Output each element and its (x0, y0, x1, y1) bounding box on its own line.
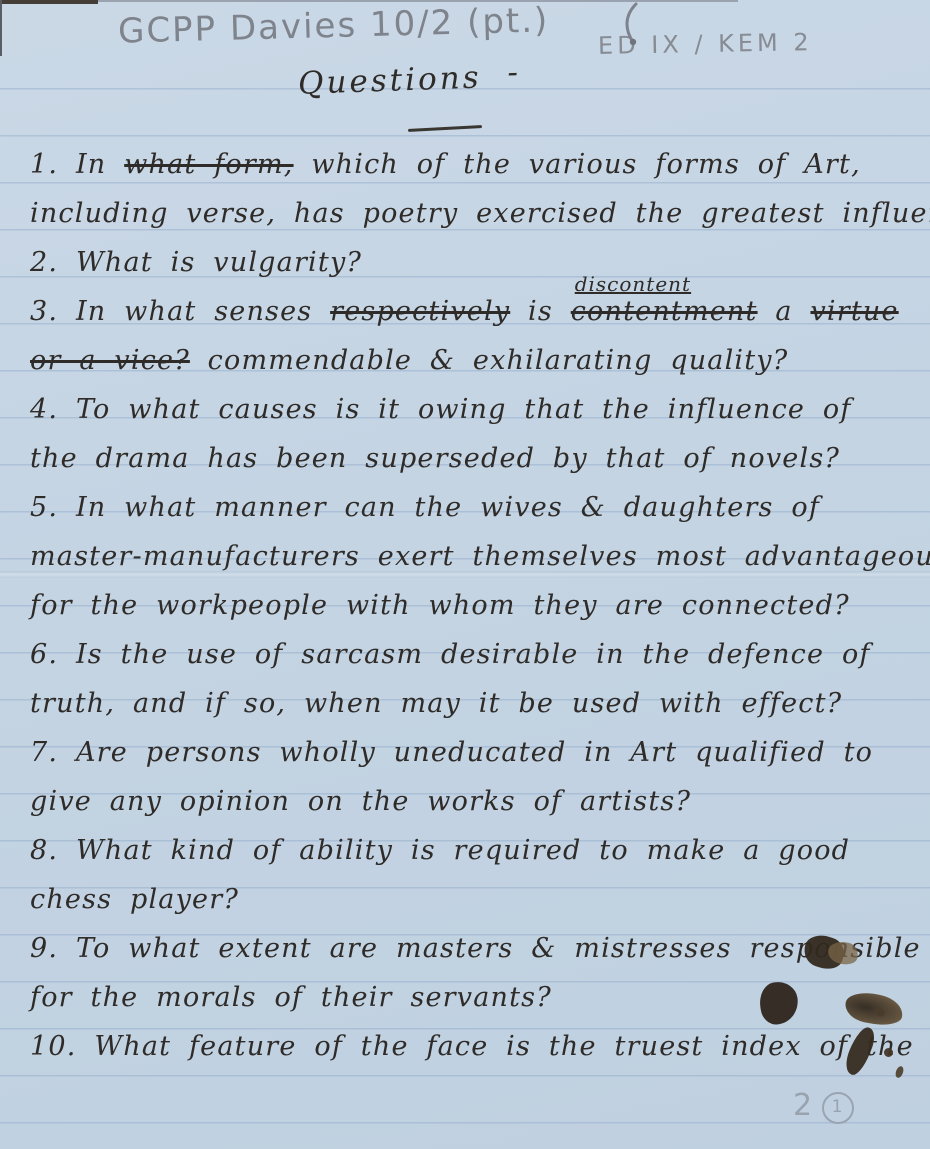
question-line: 7. Are persons wholly uneducated in Art … (30, 728, 930, 777)
question-line: chess player? (30, 875, 930, 924)
question-text: 9. To what extent are masters & mistress… (30, 933, 921, 964)
question-line: 8. What kind of ability is required to m… (30, 826, 930, 875)
archive-reference-note: GCPP Davies 10/2 (pt.) (118, 0, 550, 51)
question-text: 3. In what senses (30, 296, 330, 327)
question-line: 9. To what extent are masters & mistress… (30, 924, 930, 973)
question-line: including verse, has poetry exercised th… (30, 189, 930, 238)
title-trailing-dash: - (507, 54, 522, 90)
question-text: truth, and if so, when may it be used wi… (30, 688, 842, 719)
question-text: master-manufacturers exert themselves mo… (30, 541, 930, 572)
question-text: 7. Are persons wholly uneducated in Art … (30, 737, 873, 768)
interlinear-correction: discontent (575, 274, 691, 294)
scan-edge-left (0, 0, 2, 56)
scan-edge-top (0, 0, 98, 4)
question-text: 1. In (30, 149, 124, 180)
page-number: 2 (793, 1088, 814, 1123)
question-text: a (758, 296, 811, 327)
question-line: 3. In what senses respectively is conten… (30, 287, 930, 336)
question-line: or a vice? commendable & exhilarating qu… (30, 336, 930, 385)
question-line: 1. In what form, which of the various fo… (30, 140, 930, 189)
question-text: which of the various forms of Art, (294, 149, 861, 180)
circled-folio-number: 1 (822, 1092, 854, 1124)
questions-list: 1. In what form, which of the various fo… (30, 140, 930, 1071)
question-text: 8. What kind of ability is required to m… (30, 835, 850, 866)
struck-text: contentmentdiscontent (571, 296, 758, 327)
title-underline-stroke (408, 125, 482, 132)
ink-blot (884, 1048, 893, 1057)
question-text: the drama has been superseded by that of… (30, 443, 840, 474)
question-text: 2. What is vulgarity? (30, 247, 362, 278)
question-line: master-manufacturers exert themselves mo… (30, 532, 930, 581)
question-text: 5. In what manner can the wives & daught… (30, 492, 820, 523)
pencil-mark-icon (612, 2, 648, 48)
question-text: give any opinion on the works of artists… (30, 786, 691, 817)
question-text: commendable & exhilarating quality? (190, 345, 789, 376)
question-line: 6. Is the use of sarcasm desirable in th… (30, 630, 930, 679)
struck-text: what form, (124, 149, 293, 180)
title-text: Questions (297, 59, 482, 101)
struck-text: virtue (810, 296, 898, 327)
question-line: give any opinion on the works of artists… (30, 777, 930, 826)
question-line: the drama has been superseded by that of… (30, 434, 930, 483)
question-text: including verse, has poetry exercised th… (30, 198, 930, 229)
struck-text: or a vice? (30, 345, 190, 376)
question-text: chess player? (30, 884, 239, 915)
question-line: 2. What is vulgarity? (30, 238, 930, 287)
question-line: 5. In what manner can the wives & daught… (30, 483, 930, 532)
question-text: is (510, 296, 570, 327)
question-line: for the workpeople with whom they are co… (30, 581, 930, 630)
question-text: for the workpeople with whom they are co… (30, 590, 850, 621)
document-title: Questions- (297, 58, 521, 102)
question-text: for the morals of their servants? (30, 982, 552, 1013)
question-text: 6. Is the use of sarcasm desirable in th… (30, 639, 871, 670)
folio-number: 21 (793, 1088, 854, 1124)
manuscript-page: GCPP Davies 10/2 (pt.) ED IX / KEM 2 Que… (0, 0, 930, 1149)
question-line: 10. What feature of the face is the true… (30, 1022, 930, 1071)
question-text: 10. What feature of the face is the true… (30, 1031, 930, 1062)
question-line: truth, and if so, when may it be used wi… (30, 679, 930, 728)
question-text: 4. To what causes is it owing that the i… (30, 394, 852, 425)
question-line: 4. To what causes is it owing that the i… (30, 385, 930, 434)
struck-text: respectively (330, 296, 510, 327)
